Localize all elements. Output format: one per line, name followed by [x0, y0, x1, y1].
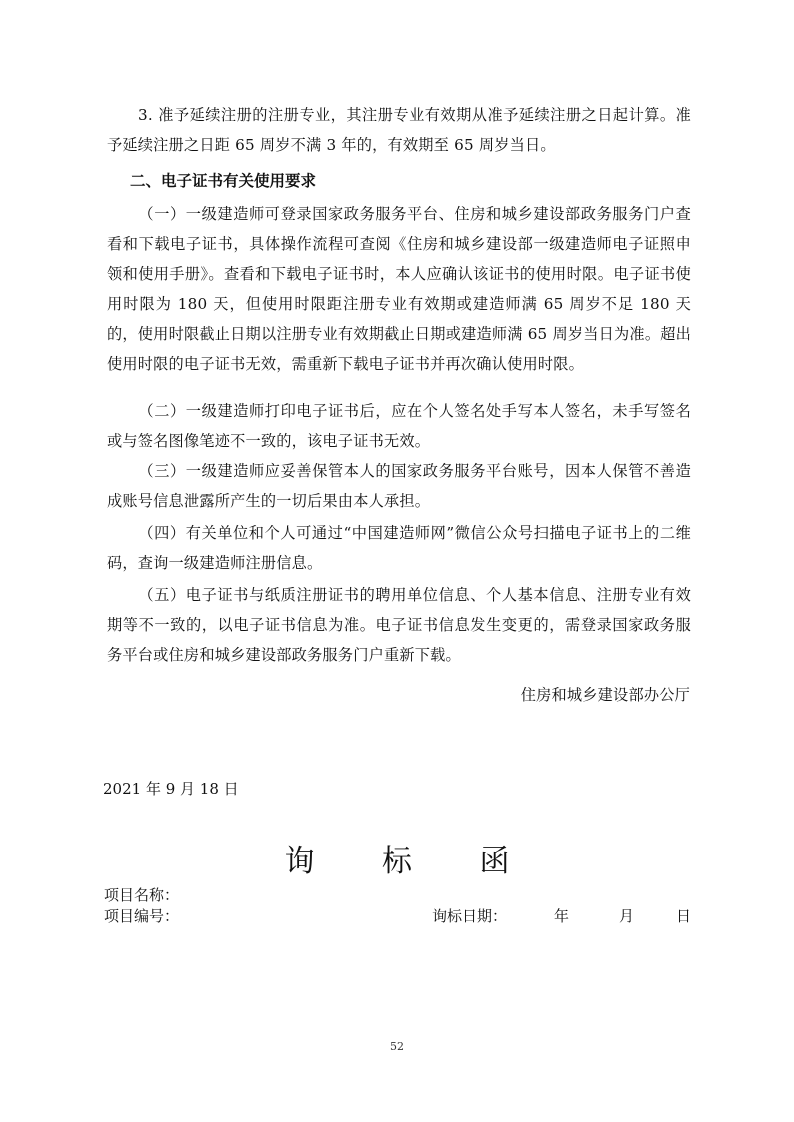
document-page: 3. 准予延续注册的注册专业，其注册专业有效期从准予延续注册之日起计算。准予延续… [0, 0, 794, 1122]
paragraph-item-3: （三）一级建造师应妥善保管本人的国家政务服务平台账号，因本人保管不善造成账号信息… [107, 456, 691, 516]
paragraph-item-2: （二）一级建造师打印电子证书后，应在个人签名处手写本人签名，未手写签名或与签名图… [107, 396, 691, 456]
issuer-signature: 住房和城乡建设部办公厅 [521, 680, 690, 710]
project-number-label: 项目编号： [104, 906, 179, 926]
issue-date: 2021 年 9 月 18 日 [103, 774, 239, 804]
month-label: 月 [619, 906, 634, 926]
day-label: 日 [676, 906, 691, 926]
paragraph-item-5: （五）电子证书与纸质注册证书的聘用单位信息、个人基本信息、注册专业有效期等不一致… [107, 580, 691, 670]
paragraph-renewal-validity: 3. 准予延续注册的注册专业，其注册专业有效期从准予延续注册之日起计算。准予延续… [107, 100, 691, 160]
page-number: 52 [0, 1040, 794, 1053]
form-title: 询 标 函 [0, 842, 794, 882]
title-char: 标 [382, 842, 412, 882]
paragraph-item-1: （一）一级建造师可登录国家政务服务平台、住房和城乡建设部政务服务门户查看和下载电… [107, 199, 691, 379]
title-char: 询 [284, 842, 314, 882]
section-heading: 二、电子证书有关使用要求 [130, 169, 316, 191]
paragraph-item-4: （四）有关单位和个人可通过“中国建造师网”微信公众号扫描电子证书上的二维码，查询… [107, 518, 691, 578]
year-label: 年 [554, 906, 569, 926]
project-name-label: 项目名称： [104, 885, 179, 905]
title-char: 函 [480, 842, 510, 882]
inquiry-date-label: 询标日期： [432, 906, 507, 926]
